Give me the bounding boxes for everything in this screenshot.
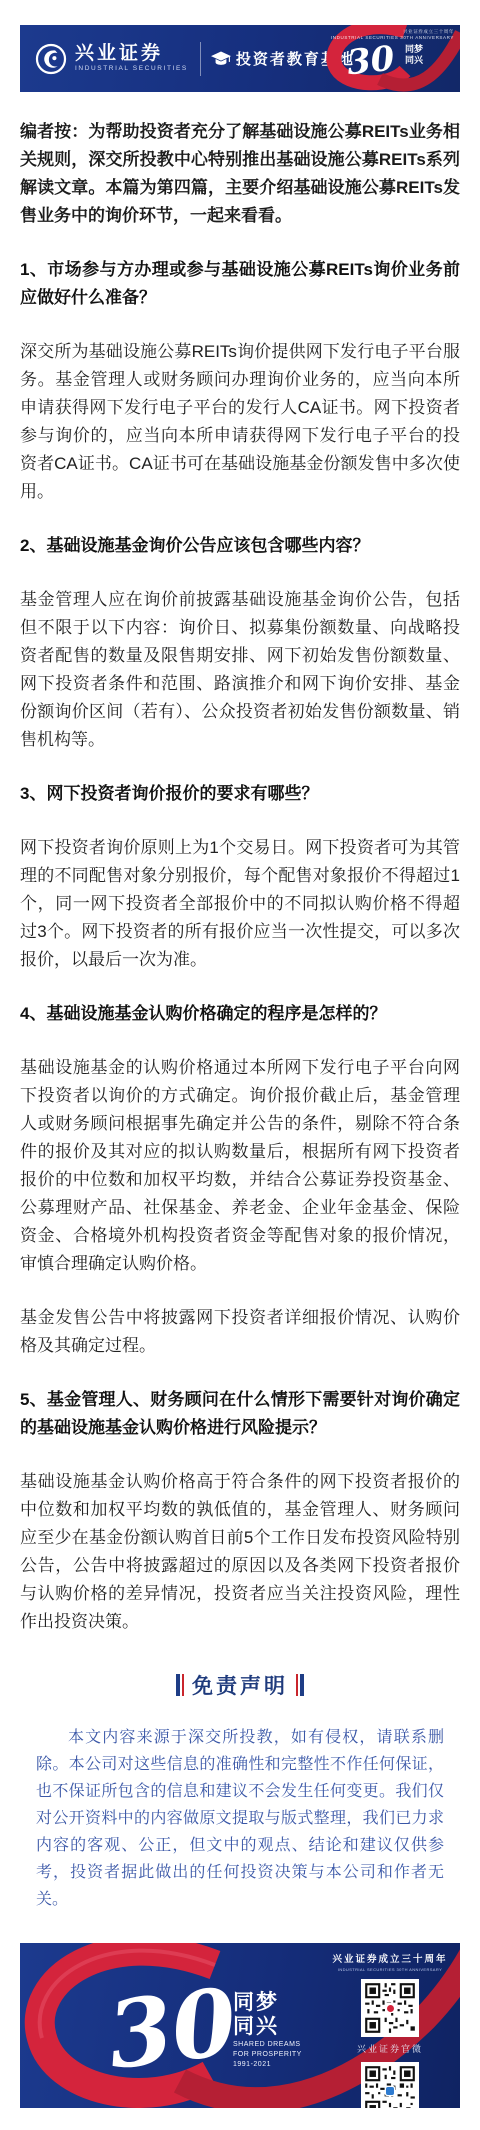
industrial-securities-logo-icon: [34, 42, 68, 76]
footer-30-number: 30: [102, 1967, 242, 2090]
question-4: 4、基础设施基金认购价格确定的程序是怎样的？: [20, 1000, 460, 1028]
footer-motto-2: 同兴: [233, 2015, 302, 2039]
qr-center-logo-icon: [385, 2003, 395, 2013]
disclaimer-right-bars-icon: [296, 1674, 304, 1696]
answer-4-part-1: 基础设施基金的认购价格通过本所网下发行电子平台向网下投资者以询价的方式确定。询价…: [20, 1054, 460, 1278]
qr-center-edu-icon: [385, 2086, 395, 2096]
graduation-cap-icon: [211, 51, 231, 67]
answer-5: 基础设施基金认购价格高于符合条件的网下投资者报价的中位数和加权平均数的孰低值的，…: [20, 1468, 460, 1636]
question-3: 3、网下投资者询价报价的要求有哪些？: [20, 780, 460, 808]
disclaimer-text: 本文内容来源于深交所投教，如有侵权，请联系删除。本公司对这些信息的准确性和完整性…: [36, 1724, 444, 1913]
footer-banner: 30 同梦 同兴 SHARED DREAMS FOR PROSPERITY 19…: [20, 1943, 460, 2108]
disclaimer-left-bars-icon: [176, 1674, 184, 1696]
footer-slogan-1: SHARED DREAMS: [233, 2041, 302, 2049]
brand-name-cn: 兴业证券: [75, 44, 188, 63]
header-motto-2: 同兴: [405, 55, 424, 65]
brand: 兴业证券 INDUSTRIAL SECURITIES: [34, 42, 188, 76]
qr-code-official-wechat: [361, 1979, 419, 2037]
answer-2: 基金管理人应在询价前披露基础设施基金询价公告，包括但不限于以下内容：询价日、拟募…: [20, 586, 460, 754]
header-30-number: 30: [345, 39, 397, 84]
question-1: 1、市场参与方办理或参与基础设施公募REITs询价业务前应做好什么准备？: [20, 256, 460, 312]
footer-right-column: 兴业证券成立三十周年 INDUSTRIAL SECURITIES 30TH AN…: [330, 1951, 450, 2108]
qr-code-edu-base-wechat: [361, 2062, 419, 2108]
article-page: 兴业证券 INDUSTRIAL SECURITIES 投资者教育基地 30 同梦…: [0, 0, 480, 2130]
question-2: 2、基础设施基金询价公告应该包含哪些内容？: [20, 532, 460, 560]
brand-text: 兴业证券 INDUSTRIAL SECURITIES: [75, 44, 188, 73]
footer-motto: 同梦 同兴 SHARED DREAMS FOR PROSPERITY 1991-…: [233, 1991, 302, 2069]
header-anniversary-caption-en: INDUSTRIAL SECURITIES 30TH ANNIVERSARY: [331, 35, 454, 41]
editor-note-label: 编者按：: [20, 122, 88, 141]
header-divider: [200, 42, 201, 76]
brand-name-en: INDUSTRIAL SECURITIES: [75, 66, 188, 73]
qr-1-label: 兴业证券官微: [330, 2042, 450, 2055]
footer-slogan-2: FOR PROSPERITY: [233, 2051, 302, 2059]
header-motto-1: 同梦: [405, 43, 423, 54]
footer-years: 1991-2021: [233, 2061, 302, 2069]
footer-anniversary-subtitle: INDUSTRIAL SECURITIES 30TH ANNIVERSARY: [330, 1967, 450, 1972]
header-banner: 兴业证券 INDUSTRIAL SECURITIES 投资者教育基地 30 同梦…: [20, 25, 460, 92]
answer-1: 深交所为基础设施公募REITs询价提供网下发行电子平台服务。基金管理人或财务顾问…: [20, 338, 460, 506]
header-anniversary-caption: 兴业证券成立三十周年 INDUSTRIAL SECURITIES 30TH AN…: [331, 29, 454, 41]
disclaimer-section: 免责声明 本文内容来源于深交所投教，如有侵权，请联系删除。本公司对这些信息的准确…: [0, 1670, 480, 1913]
answer-4-part-2: 基金发售公告中将披露网下投资者详细报价情况、认购价格及其确定过程。: [20, 1304, 460, 1360]
footer-motto-1: 同梦: [233, 1991, 302, 2015]
article-body: 编者按：为帮助投资者充分了解基础设施公募REITs业务相关规则，深交所投教中心特…: [0, 118, 480, 1636]
disclaimer-title: 免责声明: [192, 1670, 288, 1700]
footer-anniversary-title: 兴业证券成立三十周年: [330, 1951, 450, 1965]
disclaimer-title-row: 免责声明: [0, 1670, 480, 1700]
editor-note: 编者按：为帮助投资者充分了解基础设施公募REITs业务相关规则，深交所投教中心特…: [20, 118, 460, 230]
question-5: 5、基金管理人、财务顾问在什么情形下需要针对询价确定的基础设施基金认购价格进行风…: [20, 1386, 460, 1442]
answer-3: 网下投资者询价原则上为1个交易日。网下投资者可为其管理的不同配售对象分别报价，每…: [20, 834, 460, 974]
